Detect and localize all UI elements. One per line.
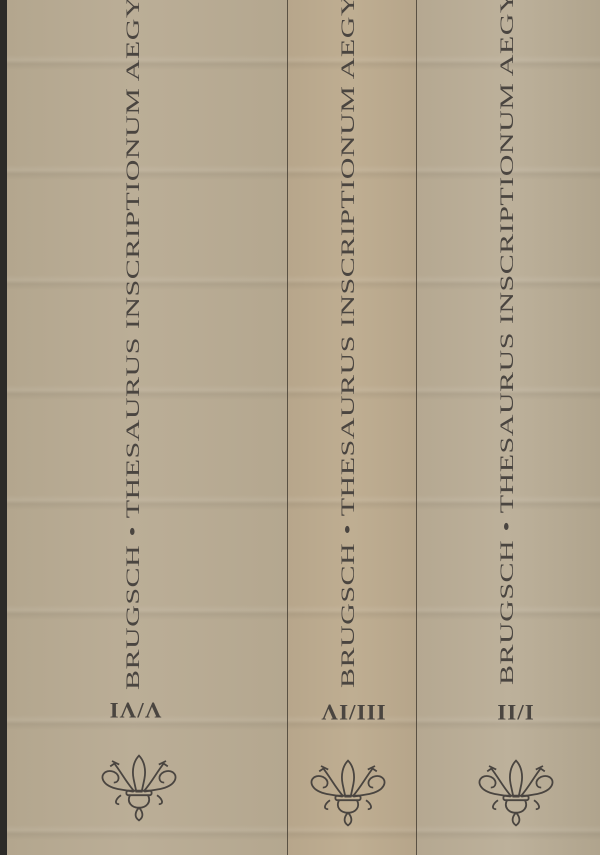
separator-dot: • [338, 524, 358, 535]
book-title: THESAURUS INSCRIPTIONUM AEGYPTIACARUM [123, 0, 143, 518]
author-name: BRUGSCH [338, 543, 358, 688]
separator-dot: • [497, 521, 517, 532]
fleur-de-lis-icon [470, 757, 562, 829]
author-name: BRUGSCH [497, 540, 517, 685]
spine-title: BRUGSCH • THESAURUS INSCRIPTIONUM AEGYPT… [339, 0, 358, 688]
dark-left-edge [0, 0, 7, 855]
volume-number: V/VI [88, 697, 183, 723]
fleur-de-lis-icon [93, 752, 185, 824]
book-spine-volume-5-6 [7, 0, 288, 855]
fleur-de-lis-icon [302, 757, 394, 829]
spine-title: BRUGSCH • THESAURUS INSCRIPTIONUM AEGYPT… [124, 0, 143, 690]
book-title: THESAURUS INSCRIPTIONUM AEGYPTIACARUM [338, 0, 358, 516]
author-name: BRUGSCH [123, 545, 143, 690]
volume-number: III/IV [295, 699, 411, 725]
volume-number: I/II [473, 699, 557, 725]
spine-title: BRUGSCH • THESAURUS INSCRIPTIONUM AEGYPT… [498, 0, 517, 685]
separator-dot: • [123, 526, 143, 537]
book-title: THESAURUS INSCRIPTIONUM AEGYPTIACARUM [497, 0, 517, 513]
